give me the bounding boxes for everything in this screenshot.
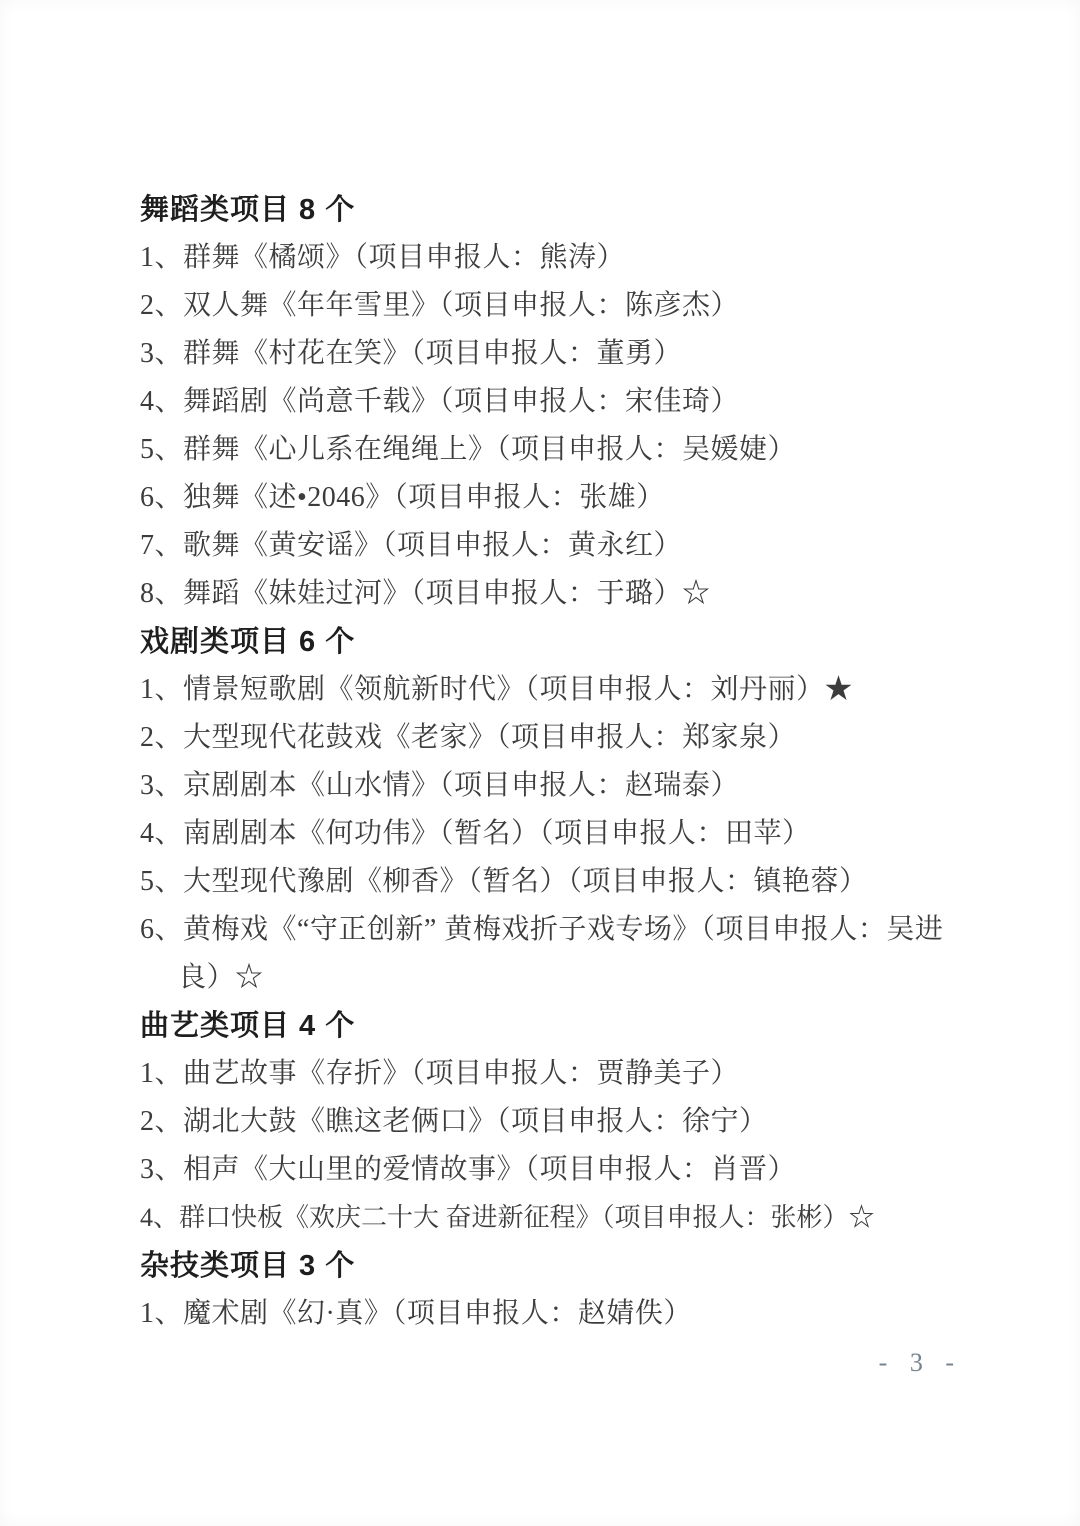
list-item: 3、京剧剧本《山水情》（项目申报人：赵瑞泰） bbox=[140, 762, 962, 810]
list-item: 6、黄梅戏《“守正创新” 黄梅戏折子戏专场》（项目申报人：吴进良）☆ bbox=[140, 906, 962, 1002]
list-item: 5、群舞《心儿系在绳绳上》（项目申报人：吴媛婕） bbox=[140, 426, 962, 474]
list-item: 1、群舞《橘颂》（项目申报人：熊涛） bbox=[140, 234, 962, 282]
list-item: 2、双人舞《年年雪里》（项目申报人：陈彦杰） bbox=[140, 282, 962, 330]
list-item: 1、曲艺故事《存折》（项目申报人：贾静美子） bbox=[140, 1050, 962, 1098]
document-body: 舞蹈类项目 8 个 1、群舞《橘颂》（项目申报人：熊涛） 2、双人舞《年年雪里》… bbox=[140, 186, 962, 1338]
page-number: - 3 - bbox=[879, 1348, 962, 1378]
list-item: 5、大型现代豫剧《柳香》（暂名）（项目申报人：镇艳蓉） bbox=[140, 858, 962, 906]
list-item: 3、相声《大山里的爱情故事》（项目申报人：肖晋） bbox=[140, 1146, 962, 1194]
section-heading-quyi: 曲艺类项目 4 个 bbox=[140, 1002, 962, 1050]
list-item: 4、南剧剧本《何功伟》（暂名）（项目申报人：田苹） bbox=[140, 810, 962, 858]
document-page: 舞蹈类项目 8 个 1、群舞《橘颂》（项目申报人：熊涛） 2、双人舞《年年雪里》… bbox=[0, 0, 1080, 1526]
list-item: 1、魔术剧《幻·真》（项目申报人：赵婧佚） bbox=[140, 1290, 962, 1338]
section-heading-dance: 舞蹈类项目 8 个 bbox=[140, 186, 962, 234]
list-item: 3、群舞《村花在笑》（项目申报人：董勇） bbox=[140, 330, 962, 378]
list-item: 8、舞蹈《妹娃过河》（项目申报人：于璐）☆ bbox=[140, 570, 962, 618]
list-item: 7、歌舞《黄安谣》（项目申报人：黄永红） bbox=[140, 522, 962, 570]
list-item: 2、大型现代花鼓戏《老家》（项目申报人：郑家泉） bbox=[140, 714, 962, 762]
list-item: 6、独舞《述•2046》（项目申报人：张雄） bbox=[140, 474, 962, 522]
list-item: 1、情景短歌剧《领航新时代》（项目申报人：刘丹丽）★ bbox=[140, 666, 962, 714]
list-item: 2、湖北大鼓《瞧这老俩口》（项目申报人：徐宁） bbox=[140, 1098, 962, 1146]
section-heading-drama: 戏剧类项目 6 个 bbox=[140, 618, 962, 666]
list-item: 4、舞蹈剧《尚意千载》（项目申报人：宋佳琦） bbox=[140, 378, 962, 426]
section-heading-acrobatics: 杂技类项目 3 个 bbox=[140, 1242, 962, 1290]
list-item: 4、群口快板《欢庆二十大 奋进新征程》（项目申报人：张彬）☆ bbox=[140, 1194, 962, 1242]
